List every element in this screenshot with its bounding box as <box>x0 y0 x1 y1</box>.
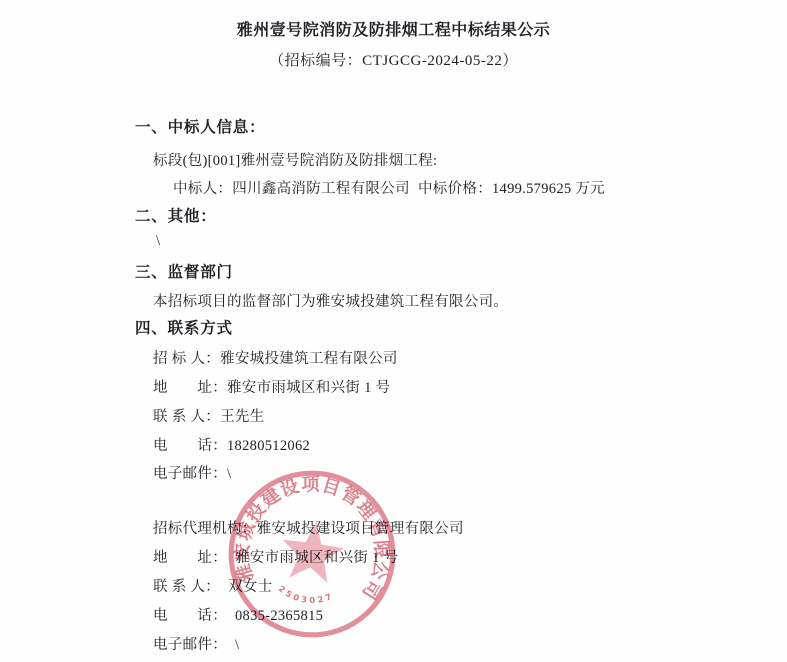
price-line: 中标价格：1499.579625 万元 <box>418 177 605 198</box>
agency-contact-label: 联 系 人： <box>153 579 220 595</box>
page-title: 雅州壹号院消防及防排烟工程中标结果公示 <box>0 17 787 40</box>
agency-email-label: 电子邮件： <box>153 637 227 653</box>
agency-email-value: \ <box>235 637 239 653</box>
tenderer-value: 雅安城投建筑工程有限公司 <box>220 351 398 367</box>
winner-line: 中标人：四川鑫高消防工程有限公司 中标价格：1499.579625 万元 <box>173 177 410 198</box>
agency-row: 地 址：雅安市雨城区和兴街 1 号 <box>153 546 398 567</box>
agency-row: 电子邮件：\ <box>153 633 239 654</box>
tenderer-row: 电 话：18280512062 <box>153 434 310 455</box>
agency-row: 电 话：0835-2365815 <box>153 604 323 625</box>
lot-line: 标段(包)[001]雅州壹号院消防及防排烟工程: <box>153 149 437 170</box>
winner-label: 中标人： <box>173 181 232 197</box>
section4-heading: 四、联系方式 <box>135 316 233 338</box>
agency-phone-value: 0835-2365815 <box>235 608 323 624</box>
tenderer-row: 地 址：雅安市雨城区和兴街 1 号 <box>153 376 390 397</box>
email-value: \ <box>227 466 231 482</box>
tenderer-label: 招 标 人： <box>153 351 220 367</box>
contact-person-label: 联 系 人： <box>153 409 220 425</box>
tender-number: （招标编号：CTJGCG-2024-05-22） <box>0 49 787 70</box>
agency-value: 雅安城投建设项目管理有限公司 <box>257 521 464 537</box>
agency-contact-value: 双女士 <box>228 579 272 595</box>
price-label: 中标价格： <box>418 181 492 197</box>
tenderer-row: 电子邮件：\ <box>153 462 231 483</box>
section2-heading: 二、其他： <box>135 204 217 226</box>
section3-heading: 三、监督部门 <box>135 260 233 282</box>
agency-phone-label: 电 话： <box>153 608 227 624</box>
agency-address-value: 雅安市雨城区和兴街 1 号 <box>235 550 398 566</box>
winner-name: 四川鑫高消防工程有限公司 <box>232 181 410 197</box>
phone-label: 电 话： <box>153 438 227 454</box>
section2-body: \ <box>156 233 160 250</box>
price-value: 1499.579625 万元 <box>492 181 605 197</box>
email-label: 电子邮件： <box>153 466 227 482</box>
agency-label: 招标代理机构： <box>153 521 257 537</box>
address-label: 地 址： <box>153 380 227 396</box>
phone-value: 18280512062 <box>227 438 310 454</box>
section1-heading: 一、中标人信息： <box>135 115 265 137</box>
agency-row: 招标代理机构：雅安城投建设项目管理有限公司 <box>153 517 464 538</box>
tenderer-row: 招 标 人：雅安城投建筑工程有限公司 <box>153 347 398 368</box>
address-value: 雅安市雨城区和兴街 1 号 <box>227 380 390 396</box>
contact-person-value: 王先生 <box>220 409 264 425</box>
agency-row: 联 系 人：双女士 <box>153 575 272 596</box>
document-page: 雅州壹号院消防及防排烟工程中标结果公示 （招标编号：CTJGCG-2024-05… <box>0 0 787 662</box>
section3-body: 本招标项目的监督部门为雅安城投建筑工程有限公司。 <box>153 290 508 311</box>
agency-address-label: 地 址： <box>153 550 227 566</box>
tenderer-row: 联 系 人：王先生 <box>153 405 264 426</box>
